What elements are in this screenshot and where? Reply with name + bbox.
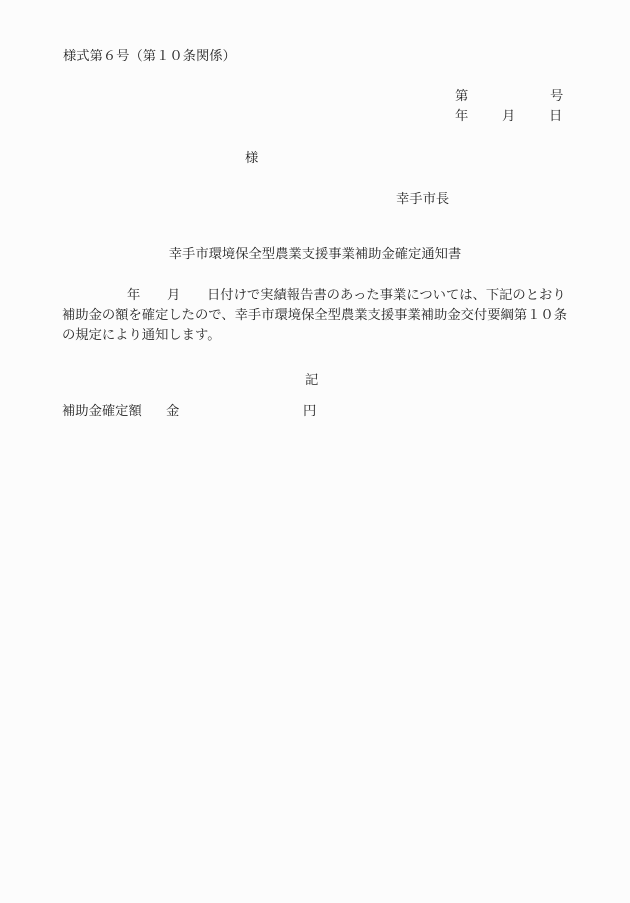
date-year-label: 年: [455, 109, 468, 122]
amount-label: 補助金確定額: [62, 404, 142, 417]
doc-number-prefix: 第: [455, 89, 468, 102]
amount-currency-prefix: 金: [166, 404, 179, 417]
body-date-month-label: 月: [167, 288, 180, 301]
form-number-label: 様式第６号（第１０条関係）: [63, 49, 236, 62]
body-line-1-text: 日付けで実績報告書のあった事業については、下記のとおり: [207, 288, 566, 301]
body-line-1: 年 月 日付けで実績報告書のあった事業については、下記のとおり: [0, 288, 630, 302]
document-title: 幸手市環境保全型農業支援事業補助金確定通知書: [0, 247, 630, 260]
amount-unit: 円: [303, 404, 316, 417]
recipient-honorific: 様: [245, 151, 258, 164]
sender-name: 幸手市長: [396, 192, 449, 205]
record-marker: 記: [305, 373, 318, 386]
body-line-2: 補助金の額を確定したので、幸手市環境保全型農業支援事業補助金交付要綱第１０条: [62, 308, 567, 321]
body-line-3: の規定により通知します。: [62, 328, 221, 341]
body-date-year-label: 年: [127, 288, 140, 301]
date-day-label: 日: [549, 109, 562, 122]
document-page: 様式第６号（第１０条関係） 第 号 年 月 日 様 幸手市長 幸手市環境保全型農…: [0, 0, 630, 903]
date-month-label: 月: [502, 109, 515, 122]
doc-number-suffix: 号: [550, 89, 563, 102]
